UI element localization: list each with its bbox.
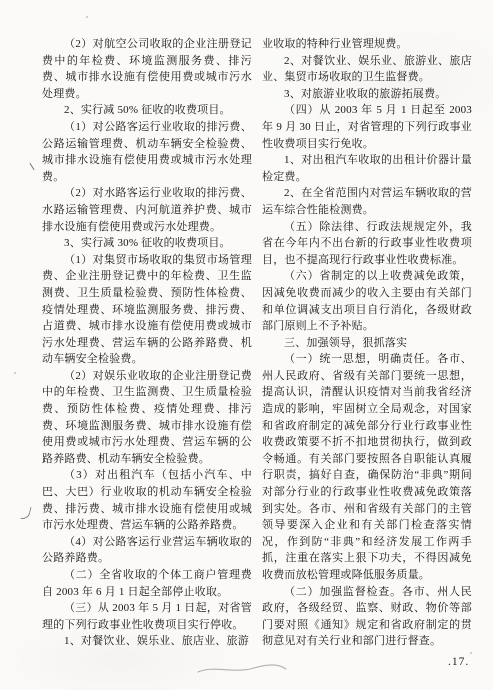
- paragraph: （1）对公路客运行业收取的排污费、公路运输管理费、机动车辆安全检验费、城市排水设…: [42, 119, 252, 185]
- scan-speck: [470, 652, 472, 654]
- paragraph: 1、对餐饮业、娱乐业、旅店业、旅游: [42, 633, 252, 650]
- paragraph: （四）从 2003 年 5 月 1 日起至 2003 年 9 月 30 日止，对…: [262, 102, 472, 152]
- left-text-column: （2）对航空公司收取的企业注册登记费中的年检费、环境监测服务费、排污费、城市排水…: [42, 36, 252, 650]
- paragraph: （2）对水路客运行业收取的排污费、水路运输管理费、内河航道养护费、城市排水设施有…: [42, 185, 252, 235]
- paragraph-continuation: 业收取的特种行业管理规费。: [262, 36, 472, 53]
- paragraph: 3、实行减 30% 征收的收费项目。: [42, 235, 252, 252]
- paragraph: 3、对旅游业收取的旅游拓展费。: [262, 86, 472, 103]
- page-number: .17.: [448, 656, 469, 668]
- section-heading: 三、加强领导，狠抓落实: [262, 335, 472, 352]
- scanned-document-page: （2）对航空公司收取的企业注册登记费中的年检费、环境监测服务费、排污费、城市排水…: [0, 0, 493, 690]
- paragraph: （2）对娱乐业收取的企业注册登记费中的年检费、卫生监测费、卫生质量检验费、预防性…: [42, 368, 252, 468]
- pencil-squiggle-mark: [196, 662, 288, 676]
- handwritten-curl-mark: [20, 505, 31, 521]
- paragraph: （3）对出租汽车（包括小汽车、中巴、大巴）行业收取的机动车辆安全检验费、排污费、…: [42, 467, 252, 533]
- right-text-column: 业收取的特种行业管理规费。 2、对餐饮业、娱乐业、旅游业、旅店业、集贸市场收取的…: [262, 36, 472, 650]
- paragraph: 2、对餐饮业、娱乐业、旅游业、旅店业、集贸市场收取的卫生监督费。: [262, 53, 472, 86]
- paragraph: 2、在全省范围内对营运车辆收取的营运车综合性能检测费。: [262, 185, 472, 218]
- scan-speck: [86, 16, 88, 18]
- paragraph: （五）除法律、行政法规规定外，我省在今年内不出台新的行政事业性收费项目，也不提高…: [262, 219, 472, 269]
- paragraph: （二）加强监督检查。各市、州人民政府，各级经贸、监察、财政、物价等部门要对照《通…: [262, 584, 472, 650]
- paragraph: （六）省制定的以上收费减免政策，因减免收费而减少的收入主要由有关部门和单位调减支…: [262, 268, 472, 334]
- paragraph: 2、实行减 50% 征收的收费项目。: [42, 102, 252, 119]
- paragraph: （三）从 2003 年 5 月 1 日起，对省管理的下列行政事业性收费项目实行停…: [42, 600, 252, 633]
- paragraph: （二）全省收取的个体工商户管理费自 2003 年 6 月 1 日起全部停止收取。: [42, 567, 252, 600]
- paragraph: （2）对航空公司收取的企业注册登记费中的年检费、环境监测服务费、排污费、城市排水…: [42, 36, 252, 102]
- scan-speck: [14, 372, 16, 374]
- paragraph: （一）统一思想，明确责任。各市、州人民政府、省级有关部门要统一思想，提高认识，清…: [262, 351, 472, 583]
- handwritten-tick-mark: [29, 163, 34, 170]
- paragraph: （1）对集贸市场收取的集贸市场管理费、企业注册登记费中的年检费、卫生监测费、卫生…: [42, 252, 252, 368]
- paragraph: （4）对公路客运行业营运车辆收取的公路养路费。: [42, 534, 252, 567]
- paragraph: 1、对出租汽车收取的出租计价器计量检定费。: [262, 152, 472, 185]
